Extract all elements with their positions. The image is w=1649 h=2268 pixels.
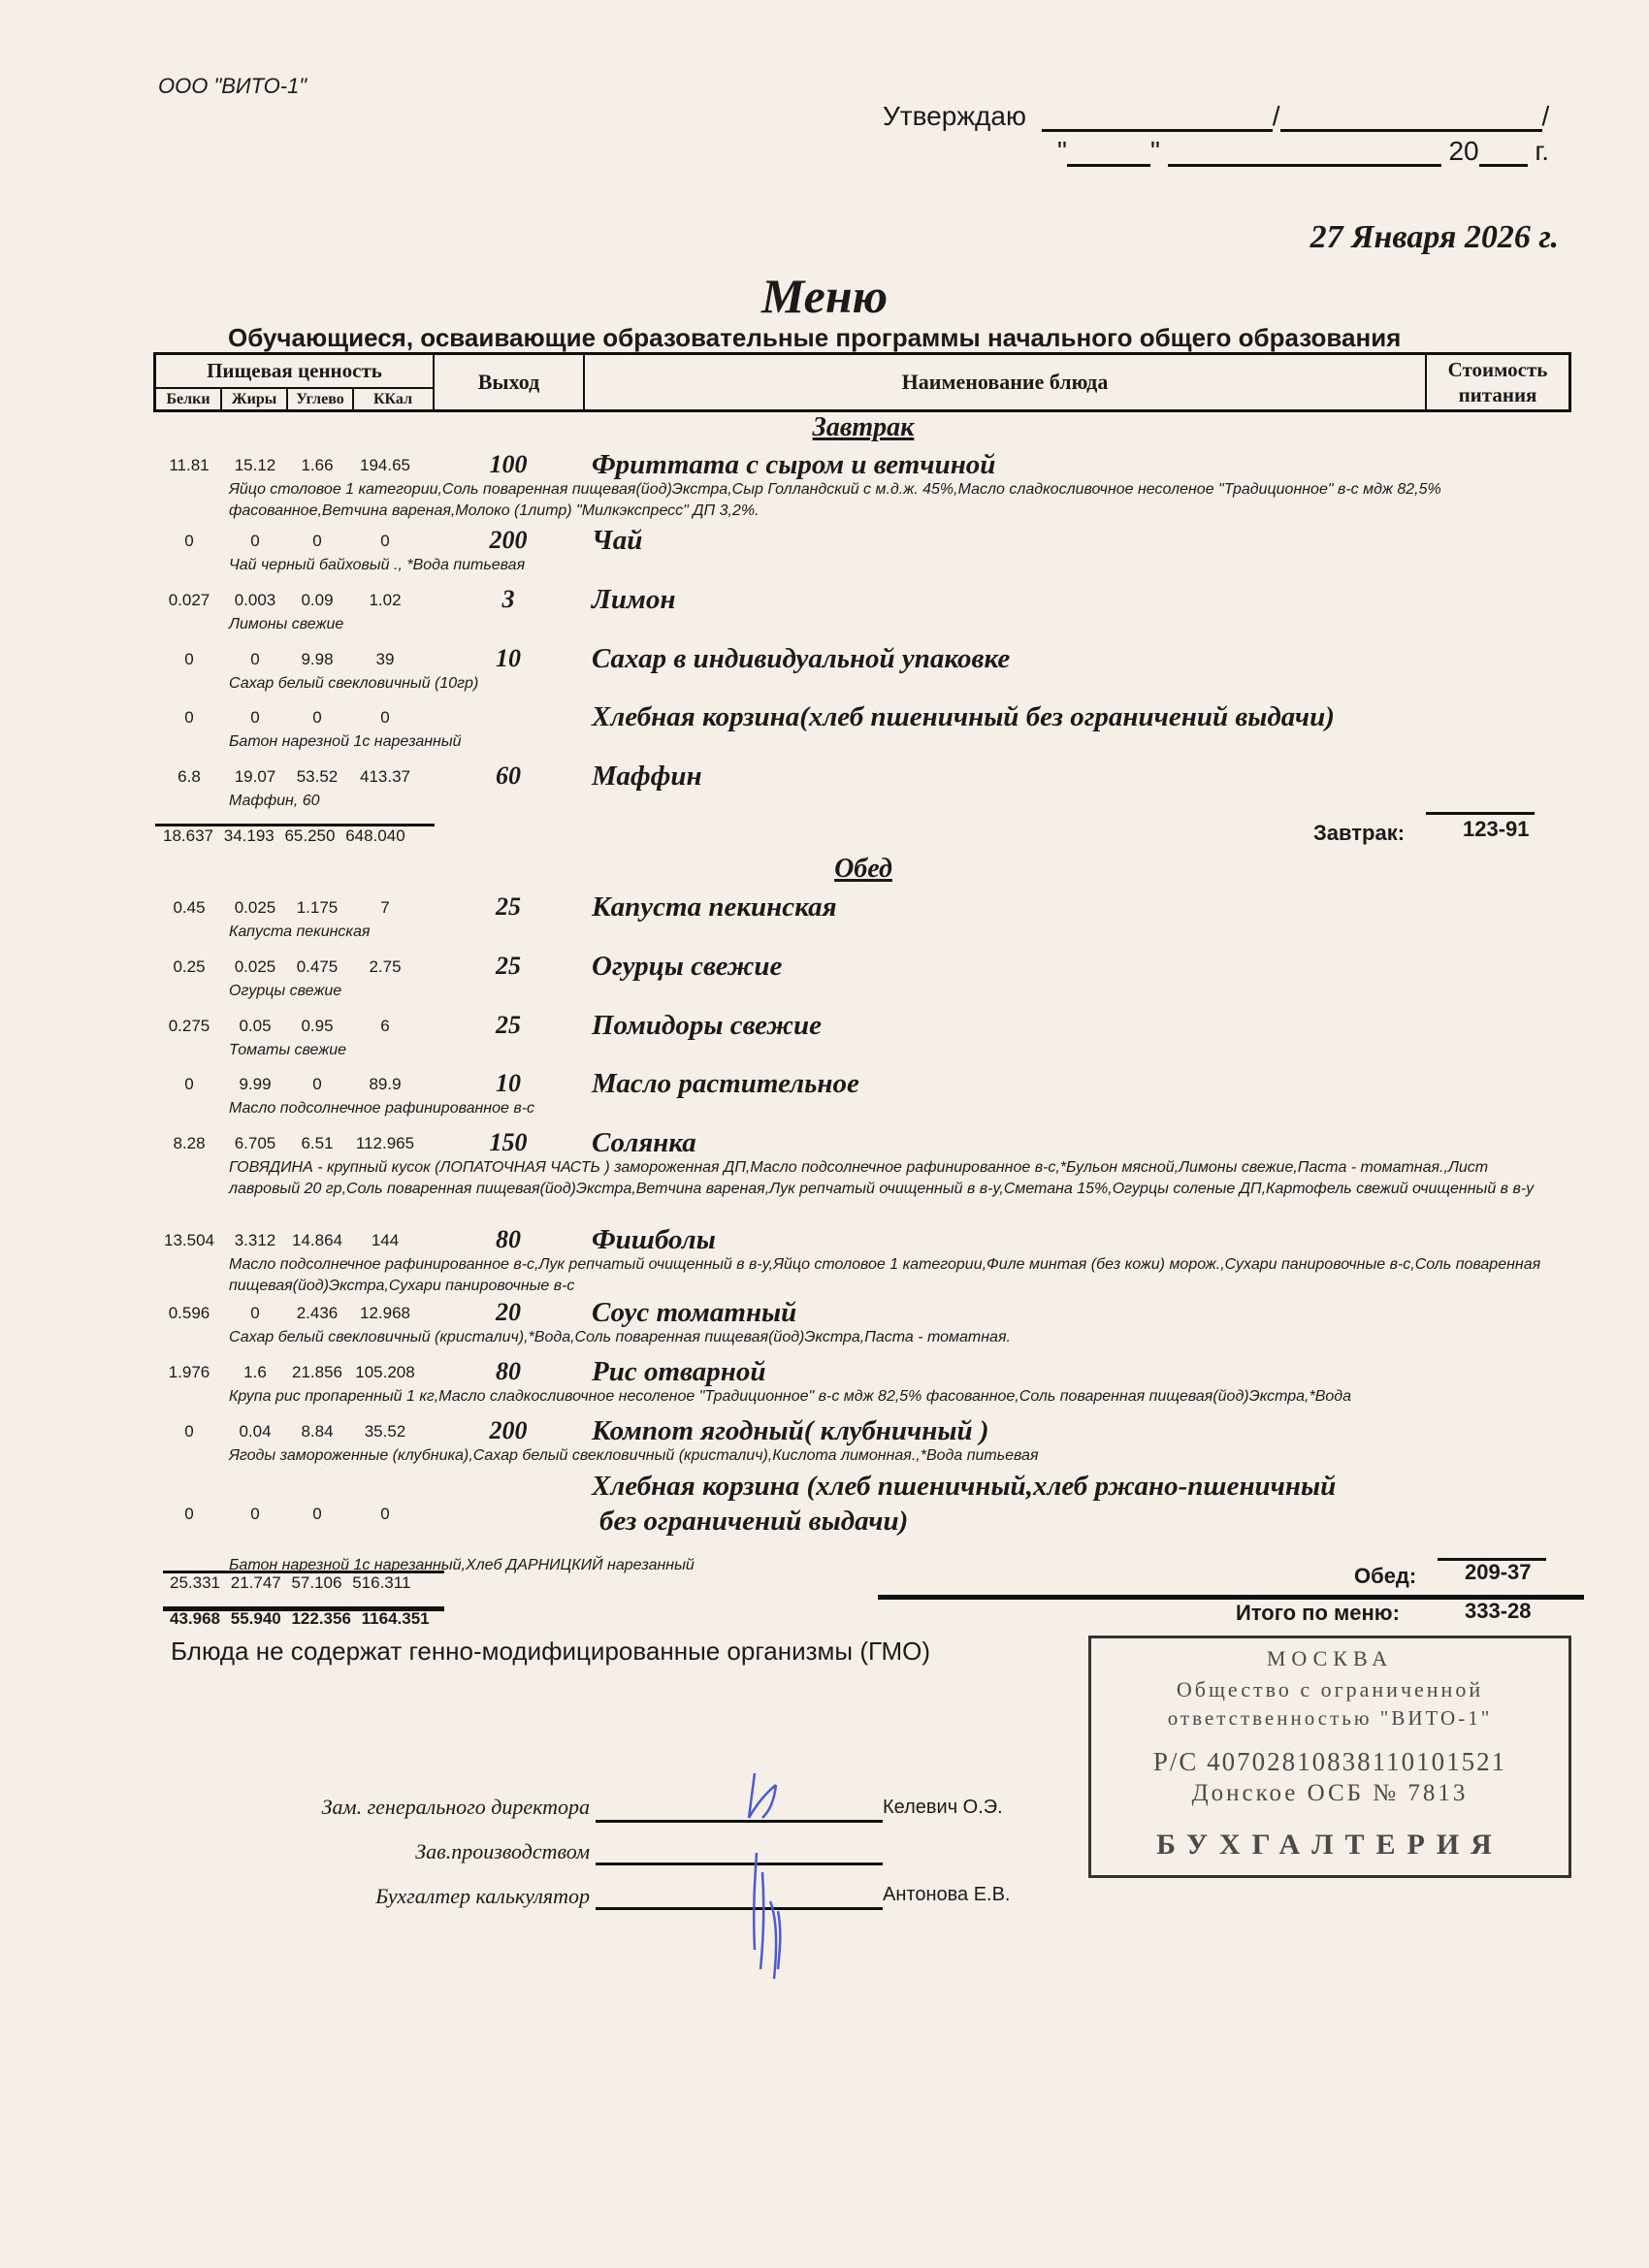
item-kcal: 105.208 [351, 1363, 419, 1382]
kcal-label: ККал [354, 388, 432, 410]
item-yield: 100 [469, 450, 547, 479]
item-kcal: 39 [351, 650, 419, 669]
item-name: Фриттата с сыром и ветчиной [592, 448, 995, 481]
item-protein: 0 [155, 708, 223, 728]
item-protein: 0.45 [155, 898, 223, 918]
grand-total-protein: 43.968 [170, 1609, 220, 1629]
item-ingredients: Огурцы свежие [229, 981, 1548, 1002]
stamp-bank: Донское ОСБ № 7813 [1091, 1780, 1568, 1807]
stamp-line2: ответственностью "ВИТО-1" [1091, 1706, 1568, 1731]
item-kcal: 0 [351, 1505, 419, 1524]
item-ingredients: ГОВЯДИНА - крупный кусок (ЛОПАТОЧНАЯ ЧАС… [229, 1157, 1548, 1200]
total-fat: 34.193 [224, 826, 275, 846]
item-kcal: 2.75 [351, 957, 419, 977]
item-carbs: 6.51 [283, 1134, 351, 1153]
item-carbs: 0 [283, 708, 351, 728]
year-suffix: г. [1535, 136, 1549, 166]
menu-table-header: Пищевая ценность Белки Жиры Углево ККал … [153, 352, 1571, 412]
item-protein: 0.596 [155, 1304, 223, 1323]
stamp-city: МОСКВА [1091, 1646, 1568, 1671]
signature-role-accountant: Бухгалтер калькулятор [194, 1884, 590, 1909]
grand-total-carbs: 122.356 [291, 1609, 350, 1629]
signature-role-production-head: Зав.производством [194, 1839, 590, 1864]
approver-signature-line [1042, 106, 1273, 132]
item-carbs: 53.52 [283, 767, 351, 787]
item-ingredients: Батон нарезной 1с нарезанный [229, 731, 1548, 753]
approve-label: Утверждаю [883, 101, 1026, 131]
item-protein: 0 [155, 650, 223, 669]
item-protein: 0 [155, 532, 223, 551]
item-kcal: 35.52 [351, 1422, 419, 1442]
item-protein: 11.81 [155, 456, 223, 475]
item-name: Солянка [592, 1126, 696, 1159]
year-line [1479, 141, 1528, 167]
stamp-account: Р/С 40702810838110101521 [1091, 1747, 1568, 1777]
item-kcal: 194.65 [351, 456, 419, 475]
organization-name: ООО "ВИТО-1" [158, 74, 307, 99]
item-carbs: 0 [283, 532, 351, 551]
item-yield: 150 [469, 1128, 547, 1157]
item-ingredients: Капуста пекинская [229, 922, 1548, 943]
item-yield: 3 [469, 585, 547, 614]
item-protein: 8.28 [155, 1134, 223, 1153]
gmo-note: Блюда не содержат генно-модифицированные… [171, 1636, 930, 1667]
grand-total-kcal: 1164.351 [362, 1609, 430, 1629]
item-name: Масло растительное [592, 1067, 859, 1100]
item-fat: 0.025 [221, 898, 289, 918]
item-kcal: 12.968 [351, 1304, 419, 1323]
item-name: Хлебная корзина(хлеб пшеничный без огран… [592, 700, 1335, 733]
item-carbs: 2.436 [283, 1304, 351, 1323]
item-name: Капуста пекинская [592, 891, 837, 923]
item-carbs: 21.856 [283, 1363, 351, 1382]
item-yield: 25 [469, 1011, 547, 1040]
item-name: Рис отварной [592, 1355, 766, 1388]
item-name: Компот ягодный( клубничный ) [592, 1414, 989, 1447]
item-fat: 0.05 [221, 1017, 289, 1036]
item-yield: 10 [469, 1069, 547, 1098]
item-name-line2: без ограничений выдачи) [599, 1505, 908, 1538]
item-yield: 10 [469, 644, 547, 673]
item-yield: 200 [469, 1416, 547, 1445]
lunch-nutrition-totals: 25.331 21.747 57.106 516.311 [170, 1573, 416, 1593]
item-fat: 0.003 [221, 591, 289, 610]
item-carbs: 8.84 [283, 1422, 351, 1442]
page-subtitle: Обучающиеся, осваивающие образовательные… [228, 323, 1401, 353]
item-protein: 13.504 [155, 1231, 223, 1250]
total-carbs: 65.250 [284, 826, 335, 846]
item-yield: 20 [469, 1298, 547, 1327]
item-fat: 0.04 [221, 1422, 289, 1442]
approver-name-line [1280, 106, 1542, 132]
stamp-line1: Общество с ограниченной [1091, 1677, 1568, 1702]
item-kcal: 0 [351, 532, 419, 551]
total-carbs: 57.106 [291, 1573, 341, 1593]
item-yield: 25 [469, 952, 547, 981]
grand-total-cost: 333-28 [1465, 1599, 1532, 1624]
breakfast-nutrition-totals: 18.637 34.193 65.250 648.040 [163, 826, 411, 846]
item-yield: 80 [469, 1225, 547, 1254]
approval-block: Утверждаю // [883, 101, 1549, 132]
quote: " [1150, 136, 1160, 166]
item-fat: 0 [221, 650, 289, 669]
item-ingredients: Маффин, 60 [229, 791, 1548, 812]
cost-header-line1: Стоимость [1448, 357, 1548, 382]
item-fat: 1.6 [221, 1363, 289, 1382]
item-ingredients: Томаты свежие [229, 1040, 1548, 1061]
handwritten-signatures-icon [718, 1746, 834, 1998]
fat-label: Жиры [222, 388, 288, 410]
total-fat: 21.747 [231, 1573, 281, 1593]
item-yield: 25 [469, 892, 547, 922]
breakfast-cost-divider [1426, 812, 1535, 815]
item-ingredients: Лимоны свежие [229, 614, 1548, 635]
item-name: Сахар в индивидуальной упаковке [592, 642, 1010, 675]
item-protein: 0 [155, 1075, 223, 1094]
item-yield: 200 [469, 526, 547, 555]
month-line [1168, 141, 1441, 167]
item-carbs: 0.475 [283, 957, 351, 977]
grand-total-fat: 55.940 [231, 1609, 281, 1629]
item-protein: 0.275 [155, 1017, 223, 1036]
item-carbs: 1.175 [283, 898, 351, 918]
item-name: Чай [592, 524, 642, 557]
total-protein: 25.331 [170, 1573, 220, 1593]
item-carbs: 0 [283, 1505, 351, 1524]
breakfast-section-title: Завтрак [0, 412, 1649, 443]
item-carbs: 0 [283, 1075, 351, 1094]
dish-name-header: Наименование блюда [585, 355, 1427, 409]
item-name: Помидоры свежие [592, 1009, 822, 1042]
item-fat: 9.99 [221, 1075, 289, 1094]
item-name: Лимон [592, 583, 676, 616]
item-protein: 0 [155, 1505, 223, 1524]
protein-label: Белки [156, 388, 222, 410]
item-ingredients: Ягоды замороженные (клубника),Сахар белы… [229, 1445, 1548, 1467]
item-kcal: 89.9 [351, 1075, 419, 1094]
item-yield: 80 [469, 1357, 547, 1386]
item-ingredients: Масло подсолнечное рафинированное в-с [229, 1098, 1548, 1119]
quote: " [1057, 136, 1067, 166]
grand-total-label: Итого по меню: [1236, 1601, 1400, 1626]
item-fat: 0 [221, 708, 289, 728]
item-kcal: 0 [351, 708, 419, 728]
total-kcal: 648.040 [345, 826, 404, 846]
item-carbs: 0.95 [283, 1017, 351, 1036]
signature-name-deputy-director: Келевич О.Э. [883, 1797, 1003, 1819]
item-carbs: 14.864 [283, 1231, 351, 1250]
page-title: Меню [0, 268, 1649, 324]
stamp-department: БУХГАЛТЕРИЯ [1091, 1829, 1568, 1862]
item-protein: 0.027 [155, 591, 223, 610]
item-yield: 60 [469, 761, 547, 791]
lunch-cost-label: Обед: [1354, 1564, 1416, 1589]
grand-nutrition-totals: 43.968 55.940 122.356 1164.351 [170, 1609, 436, 1629]
item-kcal: 1.02 [351, 591, 419, 610]
item-ingredients: Сахар белый свекловичный (кристалич),*Во… [229, 1327, 1548, 1348]
item-name: Маффин [592, 760, 702, 793]
item-name: Соус томатный [592, 1296, 796, 1329]
item-fat: 0 [221, 1505, 289, 1524]
item-ingredients: Сахар белый свекловичный (10гр) [229, 673, 1548, 695]
cost-header: Стоимость питания [1427, 355, 1568, 409]
item-ingredients: Масло подсолнечное рафинированное в-с,Лу… [229, 1254, 1548, 1297]
item-fat: 15.12 [221, 456, 289, 475]
lunch-section-title: Обед [0, 854, 1649, 885]
item-carbs: 9.98 [283, 650, 351, 669]
day-line [1067, 141, 1150, 167]
total-kcal: 516.311 [352, 1573, 410, 1593]
item-ingredients: Чай черный байховый ., *Вода питьевая [229, 555, 1548, 576]
item-kcal: 112.965 [351, 1134, 419, 1153]
signature-name-accountant: Антонова Е.В. [883, 1884, 1010, 1906]
breakfast-cost: 123-91 [1463, 817, 1530, 842]
item-kcal: 413.37 [351, 767, 419, 787]
item-ingredients: Крупа рис пропаренный 1 кг,Масло сладкос… [229, 1386, 1548, 1408]
item-kcal: 6 [351, 1017, 419, 1036]
item-name: Хлебная корзина (хлеб пшеничный,хлеб ржа… [592, 1470, 1336, 1503]
item-fat: 19.07 [221, 767, 289, 787]
item-carbs: 1.66 [283, 456, 351, 475]
nutrition-label: Пищевая ценность [156, 355, 433, 389]
item-ingredients: Яйцо столовое 1 категории,Соль поваренна… [229, 479, 1548, 522]
separator: / [1273, 101, 1280, 131]
separator: / [1542, 101, 1550, 131]
item-protein: 6.8 [155, 767, 223, 787]
menu-date: 27 Января 2026 г. [1310, 219, 1559, 256]
total-protein: 18.637 [163, 826, 213, 846]
item-fat: 0 [221, 1304, 289, 1323]
breakfast-cost-label: Завтрак: [1313, 821, 1405, 846]
item-protein: 1.976 [155, 1363, 223, 1382]
item-fat: 6.705 [221, 1134, 289, 1153]
year-prefix: 20 [1448, 136, 1478, 166]
signature-role-deputy-director: Зам. генерального директора [194, 1795, 590, 1820]
item-fat: 0 [221, 532, 289, 551]
item-name: Огурцы свежие [592, 950, 782, 983]
item-kcal: 7 [351, 898, 419, 918]
carbs-label: Углево [288, 388, 354, 410]
item-carbs: 0.09 [283, 591, 351, 610]
item-protein: 0.25 [155, 957, 223, 977]
item-kcal: 144 [351, 1231, 419, 1250]
company-stamp: МОСКВА Общество с ограниченной ответстве… [1088, 1636, 1571, 1878]
nutrition-header: Пищевая ценность Белки Жиры Углево ККал [156, 355, 435, 409]
item-fat: 3.312 [221, 1231, 289, 1250]
item-name: Фишболы [592, 1223, 716, 1256]
yield-header: Выход [435, 355, 585, 409]
lunch-cost: 209-37 [1465, 1560, 1532, 1585]
approval-date-row: "" 20 г. [1057, 136, 1549, 167]
item-protein: 0 [155, 1422, 223, 1442]
cost-header-line2: питания [1459, 382, 1537, 407]
item-fat: 0.025 [221, 957, 289, 977]
